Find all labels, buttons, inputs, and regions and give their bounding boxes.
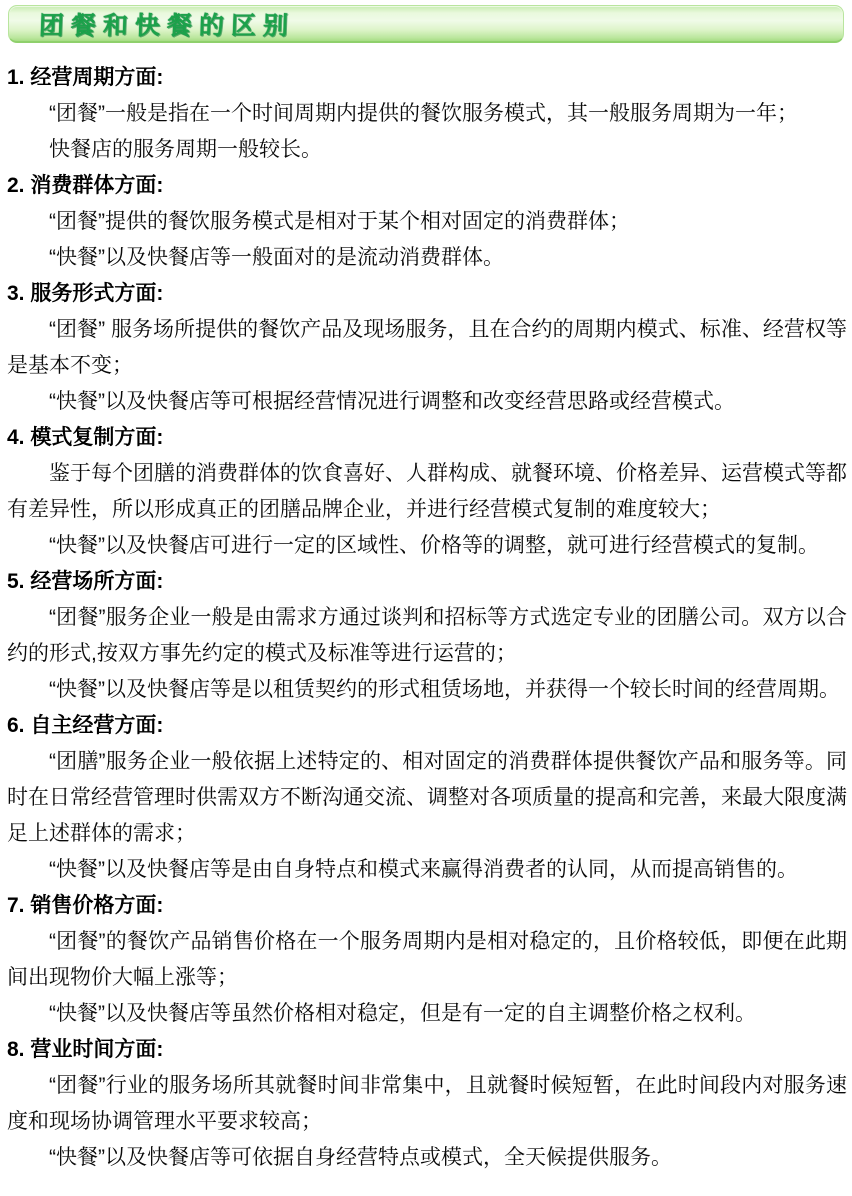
page-title: 团餐和快餐的区别 (38, 6, 295, 42)
paragraph: 快餐店的服务周期一般较长。 (7, 132, 847, 168)
section-paragraphs: “团餐”一般是指在一个时间周期内提供的餐饮服务模式，其一般服务周期为一年；快餐店… (7, 96, 847, 168)
paragraph: “团餐”一般是指在一个时间周期内提供的餐饮服务模式，其一般服务周期为一年； (7, 96, 847, 132)
document-body: 1. 经营周期方面: “团餐”一般是指在一个时间周期内提供的餐饮服务模式，其一般… (0, 43, 852, 1176)
document-section: 1. 经营周期方面: “团餐”一般是指在一个时间周期内提供的餐饮服务模式，其一般… (7, 60, 847, 168)
section-heading: 2. 消费群体方面: (7, 168, 847, 204)
paragraph: “团餐”行业的服务场所其就餐时间非常集中，且就餐时候短暂，在此时间段内对服务速度… (7, 1068, 847, 1140)
section-paragraphs: “团膳”服务企业一般依据上述特定的、相对固定的消费群体提供餐饮产品和服务等。同时… (7, 744, 847, 888)
title-banner: 团餐和快餐的区别 (8, 5, 844, 43)
document-section: 5. 经营场所方面: “团餐”服务企业一般是由需求方通过谈判和招标等方式选定专业… (7, 564, 847, 708)
paragraph: 鉴于每个团膳的消费群体的饮食喜好、人群构成、就餐环境、价格差异、运营模式等都有差… (7, 456, 847, 528)
section-heading: 6. 自主经营方面: (7, 708, 847, 744)
document-section: 2. 消费群体方面: “团餐”提供的餐饮服务模式是相对于某个相对固定的消费群体；… (7, 168, 847, 276)
paragraph: “快餐”以及快餐店等一般面对的是流动消费群体。 (7, 240, 847, 276)
document-section: 3. 服务形式方面: “团餐” 服务场所提供的餐饮产品及现场服务，且在合约的周期… (7, 276, 847, 420)
section-paragraphs: “团餐”提供的餐饮服务模式是相对于某个相对固定的消费群体；“快餐”以及快餐店等一… (7, 204, 847, 276)
document-section: 4. 模式复制方面: 鉴于每个团膳的消费群体的饮食喜好、人群构成、就餐环境、价格… (7, 420, 847, 564)
section-heading: 7. 销售价格方面: (7, 888, 847, 924)
section-paragraphs: “团餐”的餐饮产品销售价格在一个服务周期内是相对稳定的，且价格较低，即便在此期间… (7, 924, 847, 1032)
paragraph: “快餐”以及快餐店等是由自身特点和模式来赢得消费者的认同，从而提高销售的。 (7, 852, 847, 888)
section-heading: 1. 经营周期方面: (7, 60, 847, 96)
document-section: 7. 销售价格方面: “团餐”的餐饮产品销售价格在一个服务周期内是相对稳定的，且… (7, 888, 847, 1032)
paragraph: “快餐”以及快餐店等可依据自身经营特点或模式，全天候提供服务。 (7, 1140, 847, 1176)
section-paragraphs: 鉴于每个团膳的消费群体的饮食喜好、人群构成、就餐环境、价格差异、运营模式等都有差… (7, 456, 847, 564)
paragraph: “团餐”提供的餐饮服务模式是相对于某个相对固定的消费群体； (7, 204, 847, 240)
paragraph: “快餐”以及快餐店可进行一定的区域性、价格等的调整，就可进行经营模式的复制。 (7, 528, 847, 564)
document-page: 团餐和快餐的区别 1. 经营周期方面: “团餐”一般是指在一个时间周期内提供的餐… (0, 5, 852, 1196)
section-heading: 3. 服务形式方面: (7, 276, 847, 312)
paragraph: “团膳”服务企业一般依据上述特定的、相对固定的消费群体提供餐饮产品和服务等。同时… (7, 744, 847, 852)
section-heading: 5. 经营场所方面: (7, 564, 847, 600)
document-section: 6. 自主经营方面: “团膳”服务企业一般依据上述特定的、相对固定的消费群体提供… (7, 708, 847, 888)
section-heading: 8. 营业时间方面: (7, 1032, 847, 1068)
paragraph: “团餐”的餐饮产品销售价格在一个服务周期内是相对稳定的，且价格较低，即便在此期间… (7, 924, 847, 996)
section-paragraphs: “团餐”行业的服务场所其就餐时间非常集中，且就餐时候短暂，在此时间段内对服务速度… (7, 1068, 847, 1176)
section-heading: 4. 模式复制方面: (7, 420, 847, 456)
paragraph: “团餐” 服务场所提供的餐饮产品及现场服务，且在合约的周期内模式、标准、经营权等… (7, 312, 847, 384)
paragraph: “团餐”服务企业一般是由需求方通过谈判和招标等方式选定专业的团膳公司。双方以合约… (7, 600, 847, 672)
section-paragraphs: “团餐” 服务场所提供的餐饮产品及现场服务，且在合约的周期内模式、标准、经营权等… (7, 312, 847, 420)
paragraph: “快餐”以及快餐店等虽然价格相对稳定，但是有一定的自主调整价格之权利。 (7, 996, 847, 1032)
paragraph: “快餐”以及快餐店等是以租赁契约的形式租赁场地，并获得一个较长时间的经营周期。 (7, 672, 847, 708)
document-section: 8. 营业时间方面: “团餐”行业的服务场所其就餐时间非常集中，且就餐时候短暂，… (7, 1032, 847, 1176)
section-paragraphs: “团餐”服务企业一般是由需求方通过谈判和招标等方式选定专业的团膳公司。双方以合约… (7, 600, 847, 708)
paragraph: “快餐”以及快餐店等可根据经营情况进行调整和改变经营思路或经营模式。 (7, 384, 847, 420)
